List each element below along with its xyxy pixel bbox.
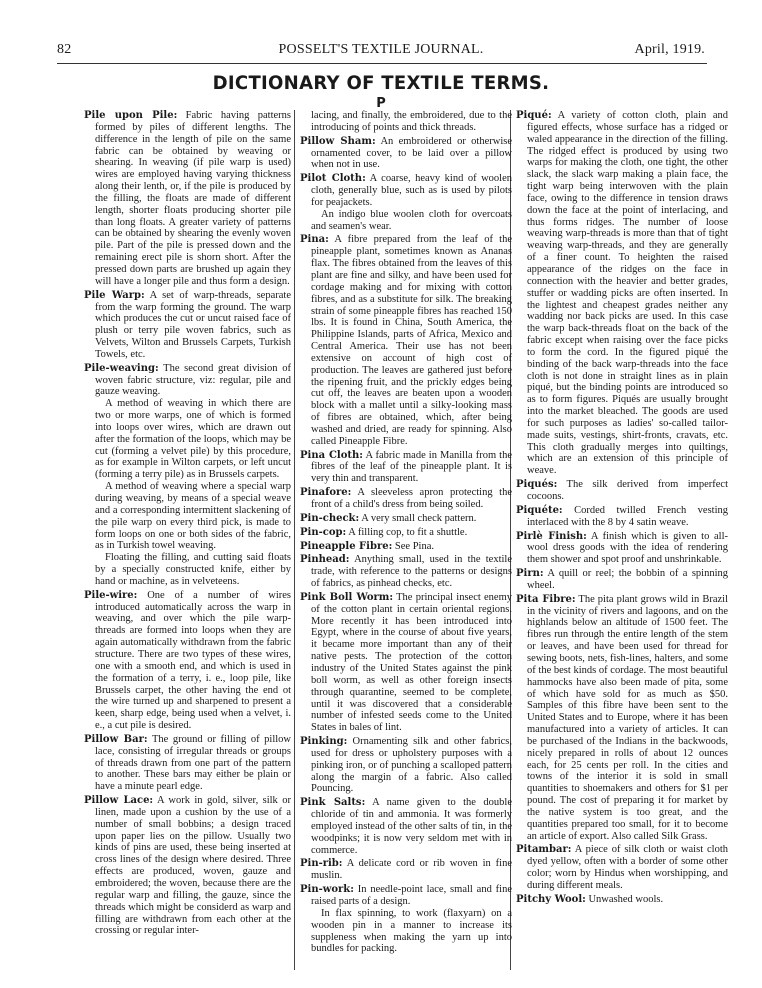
- entry-term: Pin-cop:: [300, 527, 346, 538]
- entry-term: Pillow Bar:: [84, 734, 148, 745]
- dictionary-entry: Pillow Bar: The ground or filling of pil…: [84, 734, 291, 793]
- entry-term: Pitambar:: [516, 844, 571, 855]
- column-1: Pile upon Pile: Fabric having patterns f…: [84, 110, 291, 939]
- entry-term: Piquéte:: [516, 505, 563, 516]
- entry-definition: A quill or reel; the bobbin of a spinnin…: [527, 568, 728, 591]
- dictionary-entry: Pink Boll Worm: The principal insect ene…: [300, 592, 512, 734]
- entry-term: Pile Warp:: [84, 290, 145, 301]
- entry-term: Pitchy Wool:: [516, 894, 586, 905]
- dictionary-entry: Pink Salts: A name given to the double c…: [300, 797, 512, 856]
- dictionary-entry: Pita Fibre: The pita plant grows wild in…: [516, 594, 728, 843]
- entry-definition: The pita plant grows wild in Brazil in t…: [527, 594, 728, 842]
- entry-term: Pin-work:: [300, 884, 354, 895]
- entry-paragraph: A method of weaving where a special warp…: [95, 481, 291, 552]
- column-2: lacing, and finally, the embroidered, du…: [300, 110, 512, 957]
- entry-term: Piqué:: [516, 110, 552, 121]
- entry-paragraph: Floating the filling, and cutting said f…: [95, 552, 291, 588]
- entry-term: Pinhead:: [300, 554, 349, 565]
- dictionary-entry: Pina Cloth: A fabric made in Manilla fro…: [300, 450, 512, 486]
- column-divider: [294, 110, 295, 970]
- entry-term: Pinking:: [300, 736, 347, 747]
- entry-term: Pina:: [300, 234, 329, 245]
- entry-term: Pita Fibre:: [516, 594, 576, 605]
- entry-term: Pile-wire:: [84, 590, 137, 601]
- entry-definition: A work in gold, silver, silk or linen, m…: [95, 795, 291, 936]
- dictionary-entry: Pillow Lace: A work in gold, silver, sil…: [84, 795, 291, 937]
- entry-definition: See Pina.: [392, 541, 434, 552]
- dictionary-entry: Pin-cop: A filling cop, to fit a shuttle…: [300, 527, 512, 539]
- dictionary-entry: Piqué: A variety of cotton cloth, plain …: [516, 110, 728, 477]
- dictionary-entry: Pin-check: A very small check pattern.: [300, 513, 512, 525]
- header-rule: [57, 63, 707, 64]
- dictionary-entry: Pile-wire: One of a number of wires intr…: [84, 590, 291, 732]
- dictionary-entry: Pitambar: A piece of silk cloth or waist…: [516, 844, 728, 891]
- dictionary-entry: Pitchy Wool: Unwashed wools.: [516, 894, 728, 906]
- entry-term: Pinafore:: [300, 487, 351, 498]
- dictionary-entry: Pineapple Fibre: See Pina.: [300, 541, 512, 553]
- running-header: 82 POSSELT'S TEXTILE JOURNAL. April, 191…: [57, 42, 705, 62]
- issue-date: April, 1919.: [635, 42, 705, 58]
- entry-term: Piqués:: [516, 479, 557, 490]
- entry-term: Pink Boll Worm:: [300, 592, 393, 603]
- entry-term: Pilot Cloth:: [300, 173, 366, 184]
- dictionary-entry: Pinafore: A sleeveless apron protecting …: [300, 487, 512, 511]
- entry-term: Pin-check:: [300, 513, 359, 524]
- dictionary-entry: Pin-rib: A delicate cord or rib woven in…: [300, 858, 512, 882]
- dictionary-entry: Pile-weaving: The second great division …: [84, 363, 291, 588]
- dictionary-entry: Pilot Cloth: A coarse, heavy kind of woo…: [300, 173, 512, 232]
- entry-term: Pile upon Pile:: [84, 110, 177, 121]
- entry-term: Pineapple Fibre:: [300, 541, 392, 552]
- entry-definition: A variety of cotton cloth, plain and fig…: [527, 110, 728, 476]
- section-letter: P: [0, 96, 762, 111]
- entry-term: Pirlè Finish:: [516, 531, 587, 542]
- entry-definition: The silk derived from imperfect cocoons.: [527, 479, 728, 502]
- continued-text: lacing, and finally, the embroidered, du…: [300, 110, 512, 134]
- dictionary-entry: Pinking: Ornamenting silk and other fabr…: [300, 736, 512, 795]
- entry-term: Pin-rib:: [300, 858, 343, 869]
- page-title: DICTIONARY OF TEXTILE TERMS.: [19, 72, 743, 94]
- dictionary-entry: Pirlè Finish: A finish which is given to…: [516, 531, 728, 567]
- entry-term: Pile-weaving:: [84, 363, 159, 374]
- dictionary-entry: Pillow Sham: An embroidered or otherwise…: [300, 136, 512, 172]
- entry-term: Pink Salts:: [300, 797, 365, 808]
- dictionary-entry: Pirn: A quill or reel; the bobbin of a s…: [516, 568, 728, 592]
- dictionary-entry: Pin-work: In needle-point lace, small an…: [300, 884, 512, 955]
- entry-term: Pillow Lace:: [84, 795, 153, 806]
- entry-term: Pillow Sham:: [300, 136, 376, 147]
- entry-definition: A filling cop, to fit a shuttle.: [346, 527, 467, 538]
- dictionary-entry: Pile upon Pile: Fabric having patterns f…: [84, 110, 291, 288]
- entry-term: Pina Cloth:: [300, 450, 363, 461]
- journal-title: POSSELT'S TEXTILE JOURNAL.: [57, 42, 705, 58]
- entry-definition: The principal insect enemy of the cotton…: [311, 592, 512, 733]
- dictionary-entry: Piqués: The silk derived from imperfect …: [516, 479, 728, 503]
- entry-paragraph: In flax spinning, to work (flaxyarn) on …: [311, 908, 512, 955]
- entry-definition: Fabric having patterns formed by piles o…: [95, 110, 291, 287]
- dictionary-entry: Piquéte: Corded twilled French vesting i…: [516, 505, 728, 529]
- dictionary-entry: Pinhead: Anything small, used in the tex…: [300, 554, 512, 590]
- entry-term: Pirn:: [516, 568, 544, 579]
- entry-definition: Unwashed wools.: [586, 894, 663, 905]
- dictionary-entry: Pina: A fibre prepared from the leaf of …: [300, 234, 512, 447]
- entry-definition: A very small check pattern.: [359, 513, 476, 524]
- entry-paragraph: A method of weaving in which there are t…: [95, 398, 291, 481]
- entry-definition: A fibre prepared from the leaf of the pi…: [311, 234, 512, 446]
- entry-paragraph: An indigo blue woolen cloth for overcoat…: [311, 209, 512, 233]
- entry-definition: One of a number of wires introduced auto…: [95, 590, 291, 731]
- column-3: Piqué: A variety of cotton cloth, plain …: [516, 110, 728, 908]
- dictionary-entry: Pile Warp: A set of warp-threads, separa…: [84, 290, 291, 361]
